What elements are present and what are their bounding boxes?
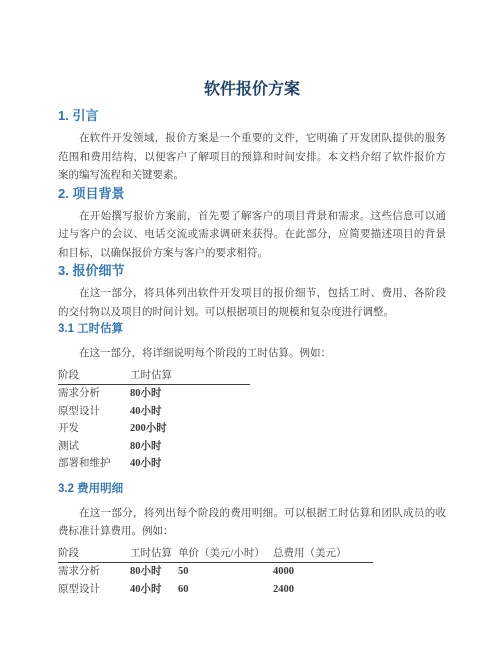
table-header-row: 阶段 工时估算 单价（美元/小时） 总费用（美元） xyxy=(58,545,373,563)
paragraph-cost-details: 在这一部分，将列出每个阶段的费用明细。可以根据工时估算和团队成员的收费标准计算费… xyxy=(58,505,446,542)
document-page: 软件报价方案 1. 引言 在软件开发领域，报价方案是一个重要的文件，它明确了开发… xyxy=(0,0,500,647)
table-row: 开发 200小时 xyxy=(58,420,250,438)
table-cell-phase: 部署和维护 xyxy=(58,455,130,473)
table-row: 原型设计 40小时 xyxy=(58,403,250,421)
paragraph-introduction: 在软件开发领域，报价方案是一个重要的文件，它明确了开发团队提供的服务范围和费用结… xyxy=(58,130,446,186)
table-cell-phase: 需求分析 xyxy=(58,385,130,403)
table-cell-unit-price: 50 xyxy=(178,563,273,581)
table-cell-hours: 80小时 xyxy=(130,385,250,403)
table-cell-phase: 原型设计 xyxy=(58,581,130,599)
work-hours-table: 阶段 工时估算 需求分析 80小时 原型设计 40小时 开发 200小时 测试 … xyxy=(58,367,250,473)
section-heading-project-background: 2. 项目背景 xyxy=(58,186,446,202)
table-cell-phase: 原型设计 xyxy=(58,403,130,421)
table-cell-hours: 200小时 xyxy=(130,420,250,438)
subsection-heading-work-hours: 3.1 工时估算 xyxy=(58,322,446,336)
header-cell-hours: 工时估算 xyxy=(130,545,178,563)
cost-table: 阶段 工时估算 单价（美元/小时） 总费用（美元） 需求分析 80小时 50 4… xyxy=(58,545,373,599)
header-cell-phase: 阶段 xyxy=(58,545,130,563)
subsection-heading-cost-details: 3.2 费用明细 xyxy=(58,482,446,496)
paragraph-project-background: 在开始撰写报价方案前，首先要了解客户的项目背景和需求。这些信息可以通过与客户的会… xyxy=(58,208,446,264)
section-heading-quotation-details: 3. 报价细节 xyxy=(58,263,446,279)
table-cell-hours: 80小时 xyxy=(130,438,250,456)
table-header-row: 阶段 工时估算 xyxy=(58,367,250,385)
table-cell-hours: 40小时 xyxy=(130,581,178,599)
header-cell-unit-price: 单价（美元/小时） xyxy=(178,545,273,563)
table-cell-phase: 开发 xyxy=(58,420,130,438)
table-row: 需求分析 80小时 xyxy=(58,385,250,403)
table-row: 需求分析 80小时 50 4000 xyxy=(58,563,373,581)
header-cell-total-cost: 总费用（美元） xyxy=(273,545,373,563)
table-row: 原型设计 40小时 60 2400 xyxy=(58,581,373,599)
page-title: 软件报价方案 xyxy=(58,80,446,99)
section-heading-introduction: 1. 引言 xyxy=(58,108,446,124)
header-cell-phase: 阶段 xyxy=(58,367,130,385)
paragraph-work-hours: 在这一部分，将详细说明每个阶段的工时估算。例如： xyxy=(58,345,446,364)
table-cell-phase: 测试 xyxy=(58,438,130,456)
table-cell-hours: 80小时 xyxy=(130,563,178,581)
header-cell-hours: 工时估算 xyxy=(130,367,250,385)
table-cell-total-cost: 2400 xyxy=(273,581,373,599)
table-cell-phase: 需求分析 xyxy=(58,563,130,581)
table-cell-hours: 40小时 xyxy=(130,403,250,421)
table-cell-hours: 40小时 xyxy=(130,455,250,473)
table-row: 部署和维护 40小时 xyxy=(58,455,250,473)
paragraph-quotation-details: 在这一部分，将具体列出软件开发项目的报价细节，包括工时、费用、各阶段的交付物以及… xyxy=(58,285,446,322)
table-cell-total-cost: 4000 xyxy=(273,563,373,581)
table-cell-unit-price: 60 xyxy=(178,581,273,599)
table-row: 测试 80小时 xyxy=(58,438,250,456)
